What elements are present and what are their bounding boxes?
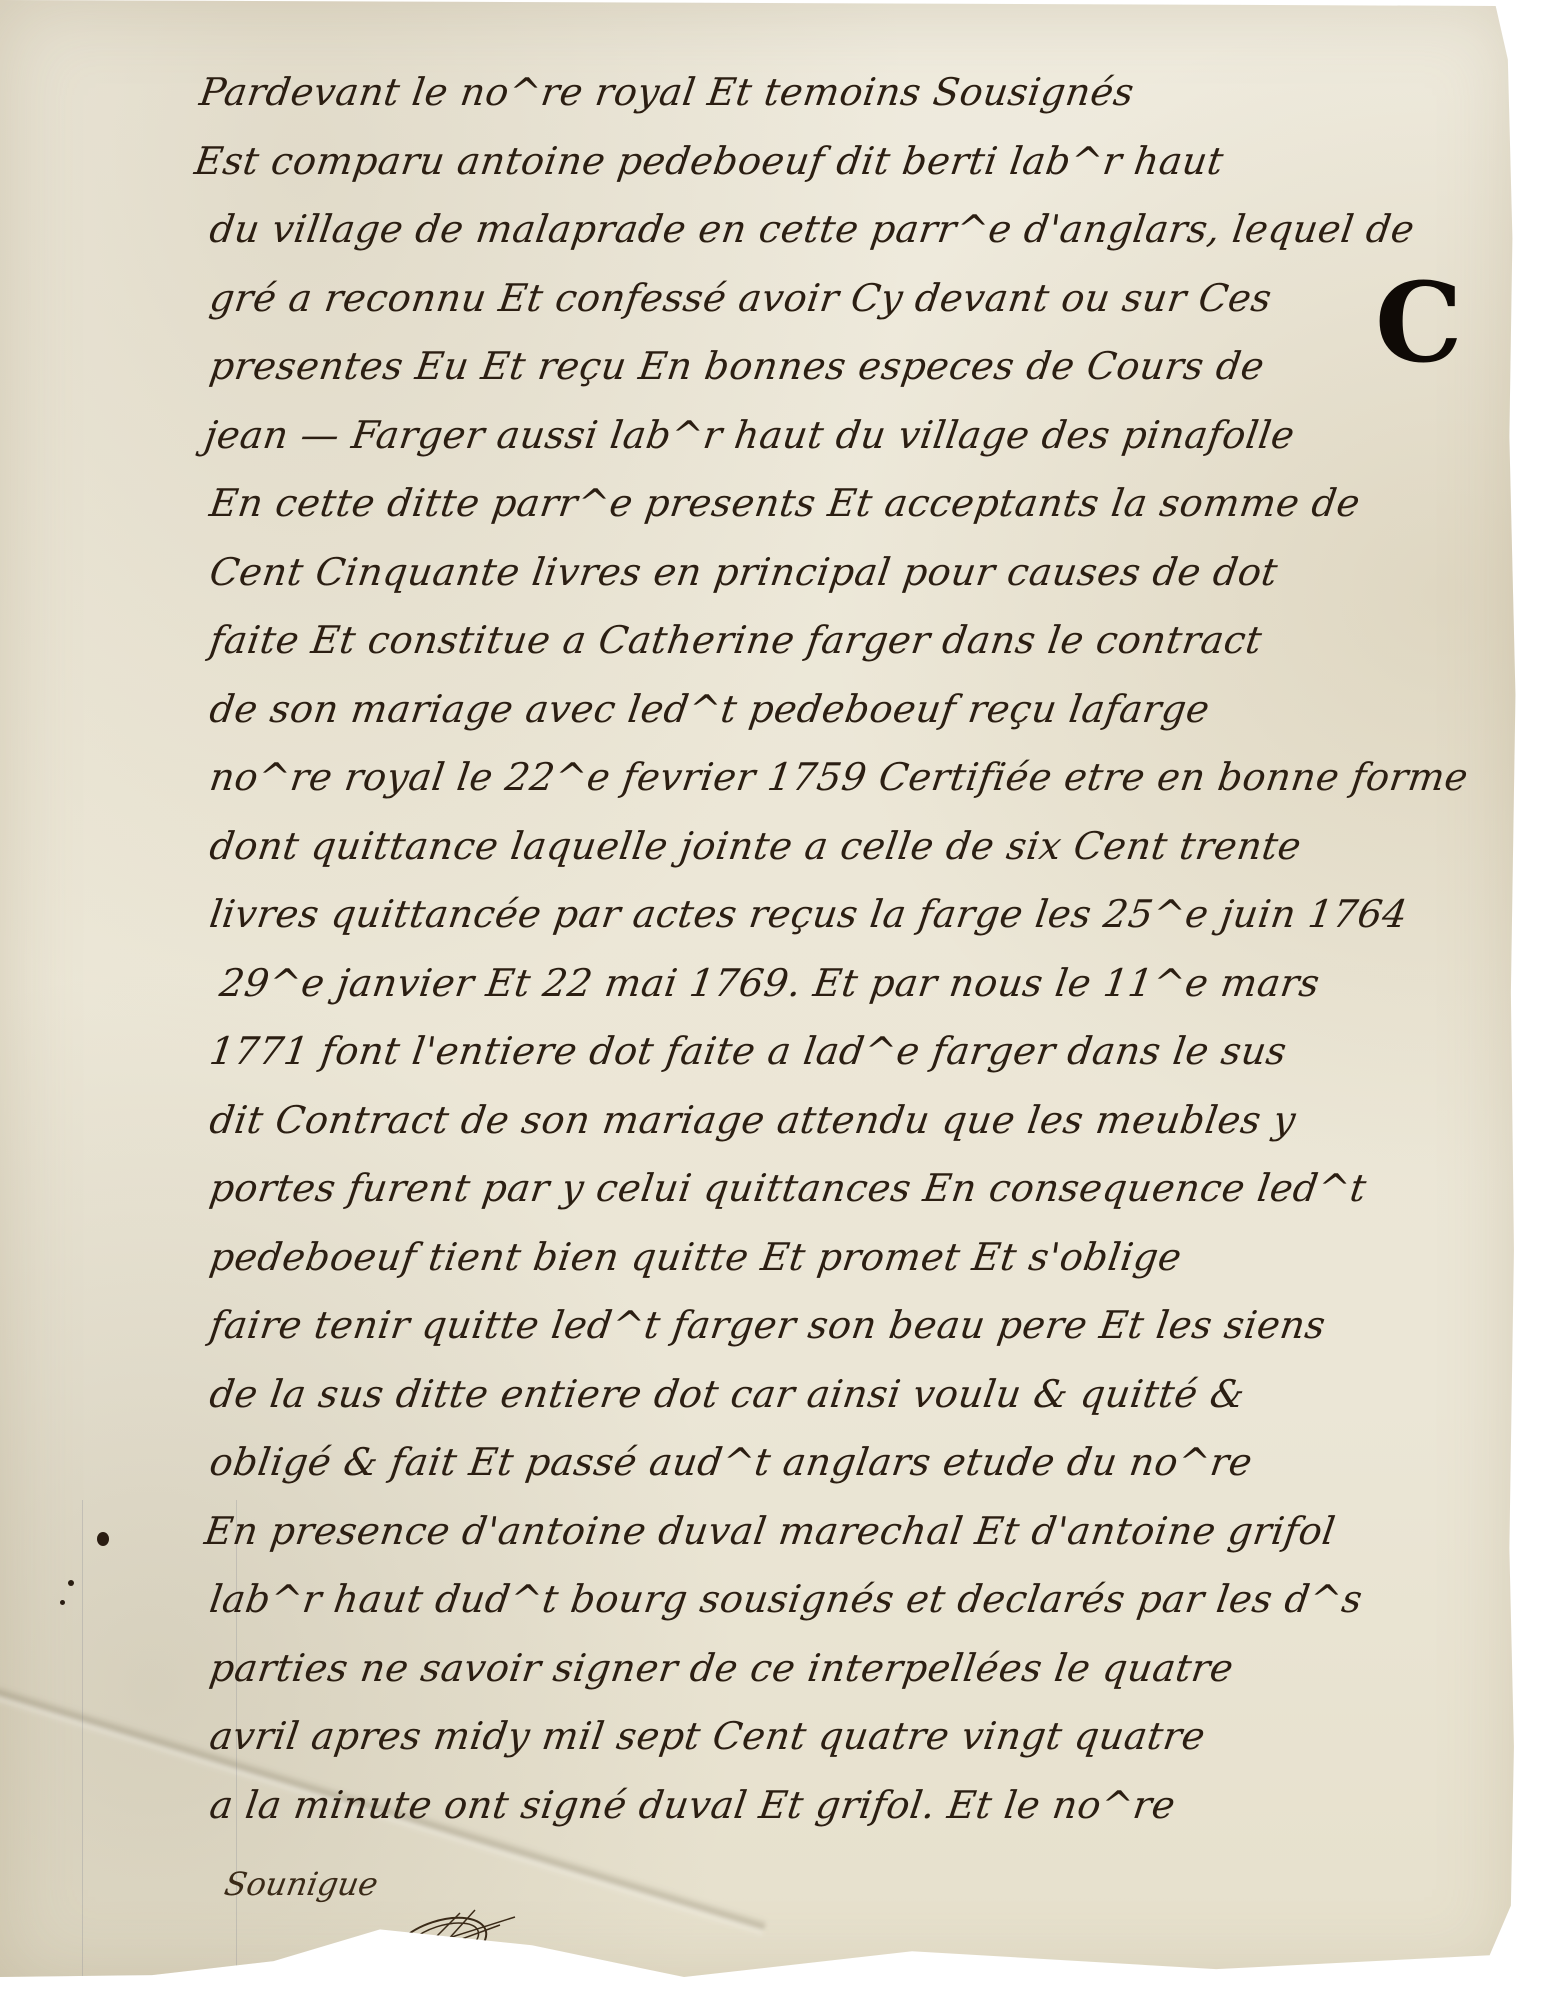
manuscript-line: obligé & fait Et passé aud^t anglars etu… [205,1428,1515,1497]
manuscript-line: parties ne savoir signer de ce interpell… [205,1634,1515,1703]
manuscript-body: Pardevant le no^re royal Et temoins Sous… [200,58,1500,1839]
manuscript-line: En presence d'antoine duval marechal Et … [200,1497,1510,1566]
manuscript-line: jean — Farger aussi lab^r haut du villag… [200,401,1510,470]
manuscript-line: Est comparu antoine pedeboeuf dit berti … [190,127,1500,196]
manuscript-line: pedeboeuf tient bien quitte Et promet Et… [205,1223,1515,1292]
manuscript-line: Pardevant le no^re royal Et temoins Sous… [195,58,1505,127]
manuscript-line: Cent Cinquante livres en principal pour … [205,538,1515,607]
ink-blot [68,1580,74,1586]
manuscript-line: 29^e janvier Et 22 mai 1769. Et par nous… [215,949,1525,1018]
manuscript-line: no^re royal le 22^e fevrier 1759 Certifi… [205,743,1515,812]
manuscript-line: gré a reconnu Et confessé avoir Cy devan… [205,264,1515,333]
signature-flourish-icon [380,1905,520,1975]
manuscript-line: de son mariage avec led^t pedeboeuf reçu… [205,675,1515,744]
manuscript-line: dont quittance laquelle jointe a celle d… [205,812,1515,881]
manuscript-line: lab^r haut dud^t bourg sousignés et decl… [205,1565,1515,1634]
manuscript-line: avril apres midy mil sept Cent quatre vi… [205,1702,1515,1771]
ink-blot [97,1532,109,1546]
document-page: C Pardevant le no^re royal Et temoins So… [0,0,1520,1985]
ink-blot [60,1600,65,1605]
notary-signature: Sounigue [222,1865,381,1903]
manuscript-line: du village de malaprade en cette parr^e … [205,195,1515,264]
manuscript-line: faire tenir quitte led^t farger son beau… [205,1291,1515,1360]
manuscript-line: portes furent par y celui quittances En … [205,1154,1515,1223]
manuscript-line: dit Contract de son mariage attendu que … [205,1086,1515,1155]
manuscript-line: a la minute ont signé duval Et grifol. E… [205,1771,1515,1840]
ruling-line [82,1500,83,1980]
manuscript-line: En cette ditte parr^e presents Et accept… [205,469,1515,538]
manuscript-line: de la sus ditte entiere dot car ainsi vo… [205,1360,1515,1429]
manuscript-line: faite Et constitue a Catherine farger da… [205,606,1515,675]
manuscript-line: 1771 font l'entiere dot faite a lad^e fa… [205,1017,1515,1086]
manuscript-line: presentes Eu Et reçu En bonnes especes d… [205,332,1515,401]
manuscript-line: livres quittancée par actes reçus la far… [205,880,1515,949]
